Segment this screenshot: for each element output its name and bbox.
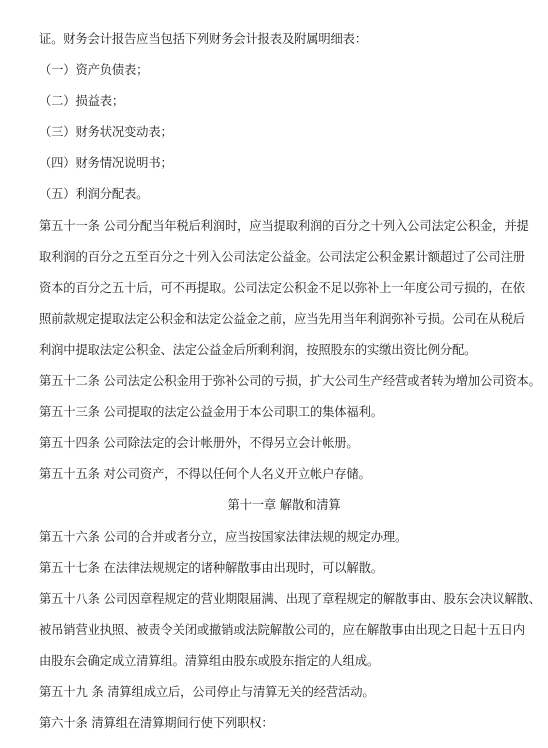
- paragraph-line-financial-report-intro: 证。财务会计报告应当包括下列财务会计报表及附属明细表：: [39, 24, 529, 55]
- article-51-line-5: 利润中提取法定公积金、法定公益金后所剩利润，按照股东的实缴出资比例分配。: [39, 335, 529, 366]
- list-item-financial-explanation: （四）财务情况说明书；: [39, 148, 529, 179]
- article-54: 第五十四条 公司除法定的会计帐册外，不得另立会计帐册。: [39, 428, 529, 459]
- document-page: 证。财务会计报告应当包括下列财务会计报表及附属明细表： （一）资产负债表； （二…: [0, 0, 548, 748]
- article-52: 第五十二条 公司法定公积金用于弥补公司的亏损，扩大公司生产经营或者转为增加公司资…: [39, 366, 529, 397]
- article-53: 第五十三条 公司提取的法定公益金用于本公司职工的集体福利。: [39, 397, 529, 428]
- list-item-balance-sheet: （一）资产负债表；: [39, 55, 529, 86]
- chapter-heading: 第十一章 解散和清算: [39, 490, 529, 521]
- article-58-line-2: 被吊销营业执照、被责令关闭或撤销或法院解散公司的，应在解散事由出现之日起十五日内: [39, 615, 529, 646]
- article-57: 第五十七条 在法律法规规定的诸种解散事由出现时，可以解散。: [39, 553, 529, 584]
- list-item-profit-distribution: （五）利润分配表。: [39, 179, 529, 210]
- list-item-financial-position-changes: （三）财务状况变动表；: [39, 117, 529, 148]
- document-body: 证。财务会计报告应当包括下列财务会计报表及附属明细表： （一）资产负债表； （二…: [39, 24, 529, 739]
- article-58-line-3: 由股东会确定成立清算组。清算组由股东或股东指定的人组成。: [39, 646, 529, 677]
- article-51-line-2: 取利润的百分之五至百分之十列入公司法定公益金。公司法定公积金累计额超过了公司注册: [39, 242, 529, 273]
- list-item-income-statement: （二）损益表；: [39, 86, 529, 117]
- article-51-line-3: 资本的百分之五十后，可不再提取。公司法定公积金不足以弥补上一年度公司亏损的，在依: [39, 273, 529, 304]
- article-51-line-4: 照前款规定提取法定公积金和法定公益金之前，应当先用当年利润弥补亏损。公司在从税后: [39, 304, 529, 335]
- article-51-line-1: 第五十一条 公司分配当年税后利润时，应当提取利润的百分之十列入公司法定公积金，并…: [39, 211, 529, 242]
- article-60: 第六十条 清算组在清算期间行使下列职权：: [39, 708, 529, 739]
- article-55: 第五十五条 对公司资产，不得以任何个人名义开立帐户存储。: [39, 459, 529, 490]
- article-58-line-1: 第五十八条 公司因章程规定的营业期限届满、出现了章程规定的解散事由、股东会决议解…: [39, 584, 529, 615]
- article-56: 第五十六条 公司的合并或者分立，应当按国家法律法规的规定办理。: [39, 522, 529, 553]
- article-59: 第五十九 条 清算组成立后，公司停止与清算无关的经营活动。: [39, 677, 529, 708]
